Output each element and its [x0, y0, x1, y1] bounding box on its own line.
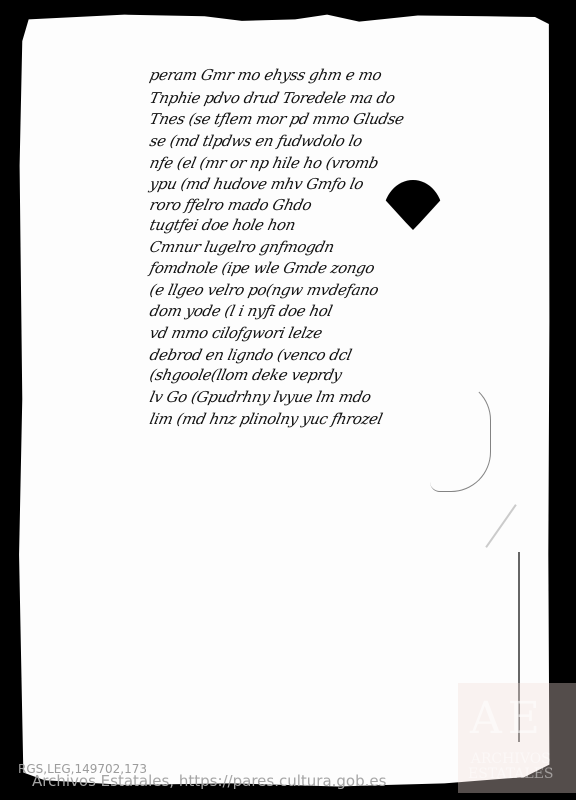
text-line: Cmnur lugelro gnfmogdn: [148, 238, 336, 256]
text-line: Tnes (se tflem mor pd mmo Gludse: [148, 110, 406, 128]
text-line: debrod en ligndo (venco dcl: [148, 346, 353, 364]
text-line: peram Gmr mo ehyss ghm e mo: [148, 66, 383, 84]
text-line: nfe (el (mr or np hile ho (vromb: [148, 154, 380, 172]
archive-watermark-text: ARCHIVOS ESTATALES: [468, 752, 554, 782]
text-line: ypu (md hudove mhv Gmfo lo: [148, 175, 365, 193]
text-line: lim (md hnz plinolny yuc fhrozel: [148, 410, 384, 428]
archive-credit: Archivos Estatales, https://pares.cultur…: [32, 772, 386, 790]
archive-logo-icon: AE: [470, 693, 546, 744]
text-line: Tnphie pdvo drud Toredele ma do: [148, 89, 396, 107]
text-line: lv Go (Gpudrhny lvyue lm mdo: [148, 388, 373, 406]
text-line: vd mmo cilofgwori lelze: [148, 324, 324, 342]
text-line: tugtfei doe hole hon: [148, 216, 297, 234]
text-line: (shgoole(llom deke veprdy: [148, 366, 343, 384]
text-line: roro ffelro mado Ghdo: [148, 196, 313, 214]
watermark-line1: ARCHIVOS: [468, 752, 554, 767]
text-line: fomdnole (ipe wle Gmde zongo: [148, 259, 376, 277]
signature-flourish: [430, 380, 491, 492]
text-line: se (md tlpdws en fudwdolo lo: [148, 132, 364, 150]
text-line: (e llgeo velro po(ngw mvdefano: [148, 281, 380, 299]
text-line: dom yode (l i nyfi doe hol: [148, 302, 334, 320]
watermark-line2: ESTATALES: [468, 767, 554, 782]
